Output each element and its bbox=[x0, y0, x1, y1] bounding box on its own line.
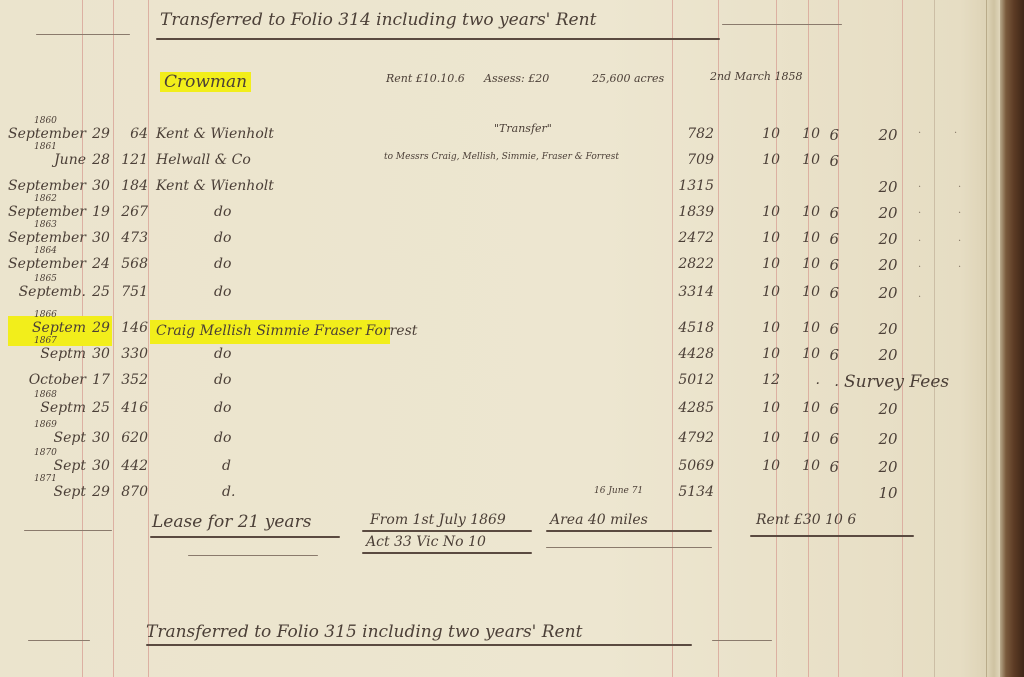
entry-name: d bbox=[222, 458, 231, 474]
entry-ref: 3314 bbox=[664, 284, 714, 300]
entry-folio: 751 bbox=[114, 284, 148, 300]
entry-pounds: 12 bbox=[750, 372, 780, 388]
footer-rent: Rent £30 10 6 bbox=[756, 512, 856, 528]
entry-year: 1869 bbox=[34, 420, 57, 430]
footer-rule bbox=[188, 555, 318, 556]
footer-underline bbox=[150, 536, 340, 538]
entry-year: 1860 bbox=[34, 116, 57, 126]
entry-pence: 6 bbox=[815, 152, 839, 170]
entry-pounds: 10 bbox=[750, 256, 780, 272]
entry-month: Septm bbox=[8, 346, 86, 362]
lease-date: 2nd March 1858 bbox=[710, 70, 802, 83]
footer-underline bbox=[362, 530, 532, 532]
entry-name: Craig Mellish Simmie Fraser Forrest bbox=[156, 323, 417, 339]
entry-month: September bbox=[8, 126, 86, 142]
entry-fee: 20 bbox=[870, 178, 906, 196]
entry-pence: 6 bbox=[815, 458, 839, 476]
entry-pence: 6 bbox=[815, 430, 839, 448]
entry-year: 1867 bbox=[34, 336, 57, 346]
entry-year: 1861 bbox=[34, 142, 57, 152]
entry-fee: 20 bbox=[870, 320, 906, 338]
entry-ref: 2822 bbox=[664, 256, 714, 272]
entry-year: 1862 bbox=[34, 194, 57, 204]
entry-year: 1868 bbox=[34, 390, 57, 400]
header-transferred-top: Transferred to Folio 314 including two y… bbox=[160, 10, 596, 30]
entry-folio: 352 bbox=[114, 372, 148, 388]
page-edges bbox=[986, 0, 1001, 677]
entry-month: September bbox=[8, 178, 86, 194]
margin-rule bbox=[28, 640, 90, 641]
entry-name: Kent & Wienholt bbox=[156, 178, 274, 194]
entry-year: 1863 bbox=[34, 220, 57, 230]
entry-ref: 5069 bbox=[664, 458, 714, 474]
entry-folio: 64 bbox=[114, 126, 148, 142]
footer-from-date: From 1st July 1869 bbox=[370, 512, 506, 528]
entry-day: 30 bbox=[90, 346, 112, 362]
entry-day: 29 bbox=[90, 320, 112, 336]
entry-pounds: 10 bbox=[750, 320, 780, 336]
entry-fee: 20 bbox=[870, 204, 906, 222]
entry-fee: 20 bbox=[870, 400, 906, 418]
entry-pence: 6 bbox=[815, 256, 839, 274]
entry-pence: . bbox=[815, 372, 839, 390]
entry-folio: 620 bbox=[114, 430, 148, 446]
entry-ref: 709 bbox=[664, 152, 714, 168]
entry-name: do bbox=[214, 256, 231, 272]
entry-folio: 184 bbox=[114, 178, 148, 194]
entry-ref: 5012 bbox=[664, 372, 714, 388]
entry-month: Septm bbox=[8, 400, 86, 416]
entry-note: 16 June 71 bbox=[594, 486, 643, 496]
entry-ref: 4285 bbox=[664, 400, 714, 416]
entry-month: September bbox=[8, 256, 86, 272]
footer-underline bbox=[362, 552, 532, 554]
ledger-row: 1869 Sept 30 620 do 4792 10 10 6 20 bbox=[0, 430, 1000, 456]
entry-name: do bbox=[214, 372, 231, 388]
lease-area: 25,600 acres bbox=[592, 72, 664, 85]
entry-pounds: 10 bbox=[750, 204, 780, 220]
ledger-row: October 17 352 do 5012 12 . . Survey Fee… bbox=[0, 372, 1000, 398]
entry-name: d. bbox=[222, 484, 235, 500]
entry-folio: 473 bbox=[114, 230, 148, 246]
entry-pence: 6 bbox=[815, 204, 839, 222]
margin-rule bbox=[712, 640, 772, 641]
entry-pence: 6 bbox=[815, 346, 839, 364]
entry-day: 25 bbox=[90, 400, 112, 416]
ledger-row: 1860 September 29 64 Kent & Wienholt 782… bbox=[0, 126, 1000, 152]
lease-assessment: Assess: £20 bbox=[484, 72, 549, 85]
entry-month: September bbox=[8, 204, 86, 220]
ledger-row: 1861 June 28 121 Helwall & Co 709 10 10 … bbox=[0, 152, 1000, 178]
ledger-row-highlighted: 1866 Septem 29 146 Craig Mellish Simmie … bbox=[0, 320, 1000, 346]
entry-pounds: 10 bbox=[750, 126, 780, 142]
entry-folio: 121 bbox=[114, 152, 148, 168]
entry-name: do bbox=[214, 230, 231, 246]
entry-ref: 4428 bbox=[664, 346, 714, 362]
entry-pence: 6 bbox=[815, 400, 839, 418]
entry-day: 24 bbox=[90, 256, 112, 272]
ledger-row: 1862 September 19 267 do 1839 10 10 6 20 bbox=[0, 204, 1000, 230]
ledger-row: 1867 Septm 30 330 do 4428 10 10 6 20 bbox=[0, 346, 1000, 372]
entry-folio: 416 bbox=[114, 400, 148, 416]
entry-month: Septem bbox=[8, 320, 86, 336]
entry-year: 1865 bbox=[34, 274, 57, 284]
entry-pounds: 10 bbox=[750, 284, 780, 300]
entry-fee: 20 bbox=[870, 126, 906, 144]
entry-pence: 6 bbox=[815, 126, 839, 144]
entry-month: September bbox=[8, 230, 86, 246]
footer-underline bbox=[750, 535, 914, 537]
entry-day: 30 bbox=[90, 458, 112, 474]
entry-fee: 20 bbox=[870, 346, 906, 364]
entry-day: 25 bbox=[90, 284, 112, 300]
entry-pounds: 10 bbox=[750, 230, 780, 246]
entry-day: 17 bbox=[90, 372, 112, 388]
entry-fee: 20 bbox=[870, 458, 906, 476]
entry-day: 19 bbox=[90, 204, 112, 220]
entry-fee: 20 bbox=[870, 430, 906, 448]
header-underline bbox=[156, 38, 720, 40]
lessee-name: Crowman bbox=[160, 72, 251, 92]
footer-act: Act 33 Vic No 10 bbox=[366, 534, 486, 550]
entry-pence: 6 bbox=[815, 284, 839, 302]
entry-year: 1864 bbox=[34, 246, 57, 256]
footer-underline bbox=[546, 530, 712, 532]
book-binding bbox=[1000, 0, 1024, 677]
entry-ref: 5134 bbox=[664, 484, 714, 500]
entry-year: 1866 bbox=[34, 310, 57, 320]
entry-fee: Survey Fees bbox=[844, 372, 949, 392]
entry-folio: 330 bbox=[114, 346, 148, 362]
entry-day: 30 bbox=[90, 178, 112, 194]
ledger-page: Transferred to Folio 314 including two y… bbox=[0, 0, 1000, 677]
entry-name: do bbox=[214, 204, 231, 220]
entry-ref: 4518 bbox=[664, 320, 714, 336]
entry-fee: 20 bbox=[870, 256, 906, 274]
entry-folio: 870 bbox=[114, 484, 148, 500]
entry-name: do bbox=[214, 430, 231, 446]
entry-name: do bbox=[214, 400, 231, 416]
entry-month: Sept bbox=[8, 458, 86, 474]
entry-year: 1870 bbox=[34, 448, 57, 458]
entry-name: Kent & Wienholt bbox=[156, 126, 274, 142]
entry-ref: 1315 bbox=[664, 178, 714, 194]
ledger-row: 1864 September 24 568 do 2822 10 10 6 20 bbox=[0, 256, 1000, 282]
ledger-row: 1868 Septm 25 416 do 4285 10 10 6 20 bbox=[0, 400, 1000, 426]
entry-name: do bbox=[214, 284, 231, 300]
header-transferred-bottom: Transferred to Folio 315 including two y… bbox=[146, 622, 582, 642]
margin-rule bbox=[24, 530, 112, 531]
entry-ref: 2472 bbox=[664, 230, 714, 246]
margin-rule bbox=[722, 24, 842, 25]
footer-area: Area 40 miles bbox=[550, 512, 648, 528]
entry-day: 30 bbox=[90, 230, 112, 246]
entry-folio: 267 bbox=[114, 204, 148, 220]
entry-pounds: 10 bbox=[750, 152, 780, 168]
ledger-row: 1871 Sept 29 870 d. 16 June 71 5134 10 bbox=[0, 484, 1000, 510]
margin-rule bbox=[36, 34, 130, 35]
entry-name: Helwall & Co bbox=[156, 152, 251, 168]
header-underline bbox=[146, 644, 692, 646]
entry-fee: 20 bbox=[870, 284, 906, 302]
lease-rent: Rent £10.10.6 bbox=[386, 72, 465, 85]
entry-ref: 1839 bbox=[664, 204, 714, 220]
entry-pounds: 10 bbox=[750, 400, 780, 416]
entry-day: 28 bbox=[90, 152, 112, 168]
ledger-row: September 30 184 Kent & Wienholt 1315 20 bbox=[0, 178, 1000, 204]
entry-folio: 442 bbox=[114, 458, 148, 474]
entry-pence: 6 bbox=[815, 230, 839, 248]
entry-pence: 6 bbox=[815, 320, 839, 338]
entry-name: do bbox=[214, 346, 231, 362]
entry-folio: 146 bbox=[114, 320, 148, 336]
entry-pounds: 10 bbox=[750, 458, 780, 474]
footer-lease-term: Lease for 21 years bbox=[152, 512, 311, 532]
entry-fee: 10 bbox=[870, 484, 906, 502]
footer-rule bbox=[546, 547, 712, 548]
entry-year: 1871 bbox=[34, 474, 57, 484]
entry-month: October bbox=[8, 372, 86, 388]
entry-pounds: 10 bbox=[750, 346, 780, 362]
entry-fee: 20 bbox=[870, 230, 906, 248]
entry-month: June bbox=[8, 152, 86, 168]
ledger-row: 1870 Sept 30 442 d 5069 10 10 6 20 bbox=[0, 458, 1000, 484]
entry-month: Sept bbox=[8, 430, 86, 446]
entry-ref: 782 bbox=[664, 126, 714, 142]
ledger-row: 1863 September 30 473 do 2472 10 10 6 20 bbox=[0, 230, 1000, 256]
entry-folio: 568 bbox=[114, 256, 148, 272]
entry-day: 29 bbox=[90, 126, 112, 142]
entry-pounds: 10 bbox=[750, 430, 780, 446]
entry-month: Sept bbox=[8, 484, 86, 500]
ledger-row: 1865 Septemb. 25 751 do 3314 10 10 6 20 bbox=[0, 284, 1000, 310]
entry-day: 30 bbox=[90, 430, 112, 446]
entry-month: Septemb. bbox=[8, 284, 86, 300]
entry-day: 29 bbox=[90, 484, 112, 500]
entry-ref: 4792 bbox=[664, 430, 714, 446]
